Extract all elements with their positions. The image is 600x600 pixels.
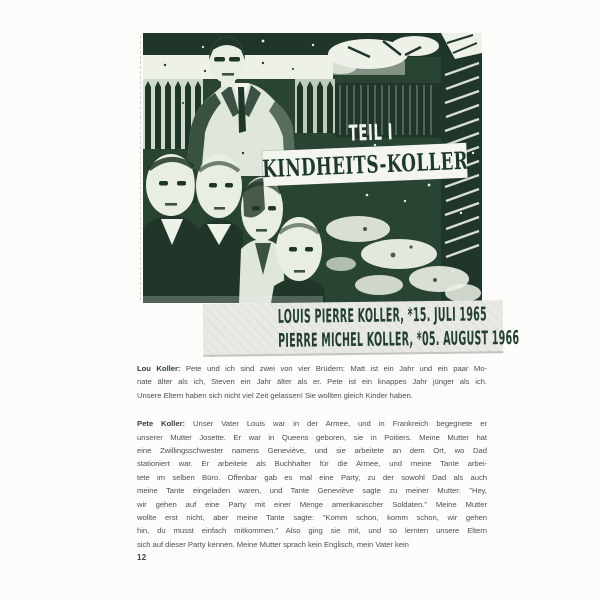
body-line: unserer Mutter Josette. Er war in Queens… <box>137 431 487 444</box>
body-line: nate älter als ich, Steven ein Jahr älte… <box>137 375 487 388</box>
part-label: TEIL I <box>335 120 408 147</box>
body-line: Pete Koller: Unser Vater Louis war in de… <box>137 417 487 430</box>
chapter-title: KINDHEITS-KOLLER <box>262 146 469 184</box>
caption-line-1: LOUIS PIERRE KOLLER, *15. JULI 1965 <box>278 303 428 329</box>
body-line: stationiert war. Er arbeitete als Buchha… <box>137 457 487 470</box>
body-line: Unsere Eltern haben sich nicht viel Zeit… <box>137 389 487 402</box>
body-line: wollte erst nicht, aber meine Tante sagt… <box>137 511 487 524</box>
paragraph-pete-koller: Pete Koller: Unser Vater Louis war in de… <box>137 417 487 551</box>
body-line: Lou Koller: Pete und ich sind zwei von v… <box>137 362 487 375</box>
family-photo: TEIL I KINDHEITS-KOLLER <box>143 33 482 303</box>
body-line-text: Pete und ich sind zwei von vier Brüdern:… <box>186 364 487 373</box>
speaker-label: Pete Koller: <box>137 419 185 428</box>
page-number: 12 <box>137 553 147 562</box>
body-line: meine Tante eingeladen waren, und Tante … <box>137 484 487 497</box>
body-line: eine Zwillingsschwester namens Geneviève… <box>137 444 487 457</box>
body-line: tete im selben Büro. Offenbar gab es mal… <box>137 471 487 484</box>
speaker-label: Lou Koller: <box>137 364 180 373</box>
book-page: TEIL I KINDHEITS-KOLLER LOUIS PIERRE KOL… <box>0 0 600 600</box>
body-line: hin, du musst einfach mitkommen." Also g… <box>137 524 487 537</box>
caption-line-2: PIERRE MICHEL KOLLER, *05. AUGUST 1966 <box>278 327 428 353</box>
scan-artifact-line <box>140 36 141 300</box>
body-line: sich auf dieser Party kennen. Meine Mutt… <box>137 538 487 551</box>
body-line-text: Unser Vater Louis war in der Armee, und … <box>193 419 487 428</box>
photo-caption: LOUIS PIERRE KOLLER, *15. JULI 1965 PIER… <box>203 300 504 357</box>
body-text: Lou Koller: Pete und ich sind zwei von v… <box>137 362 487 566</box>
body-line: wir gehen auf eine Party mit einer Menge… <box>137 498 487 511</box>
paragraph-lou-koller: Lou Koller: Pete und ich sind zwei von v… <box>137 362 487 402</box>
